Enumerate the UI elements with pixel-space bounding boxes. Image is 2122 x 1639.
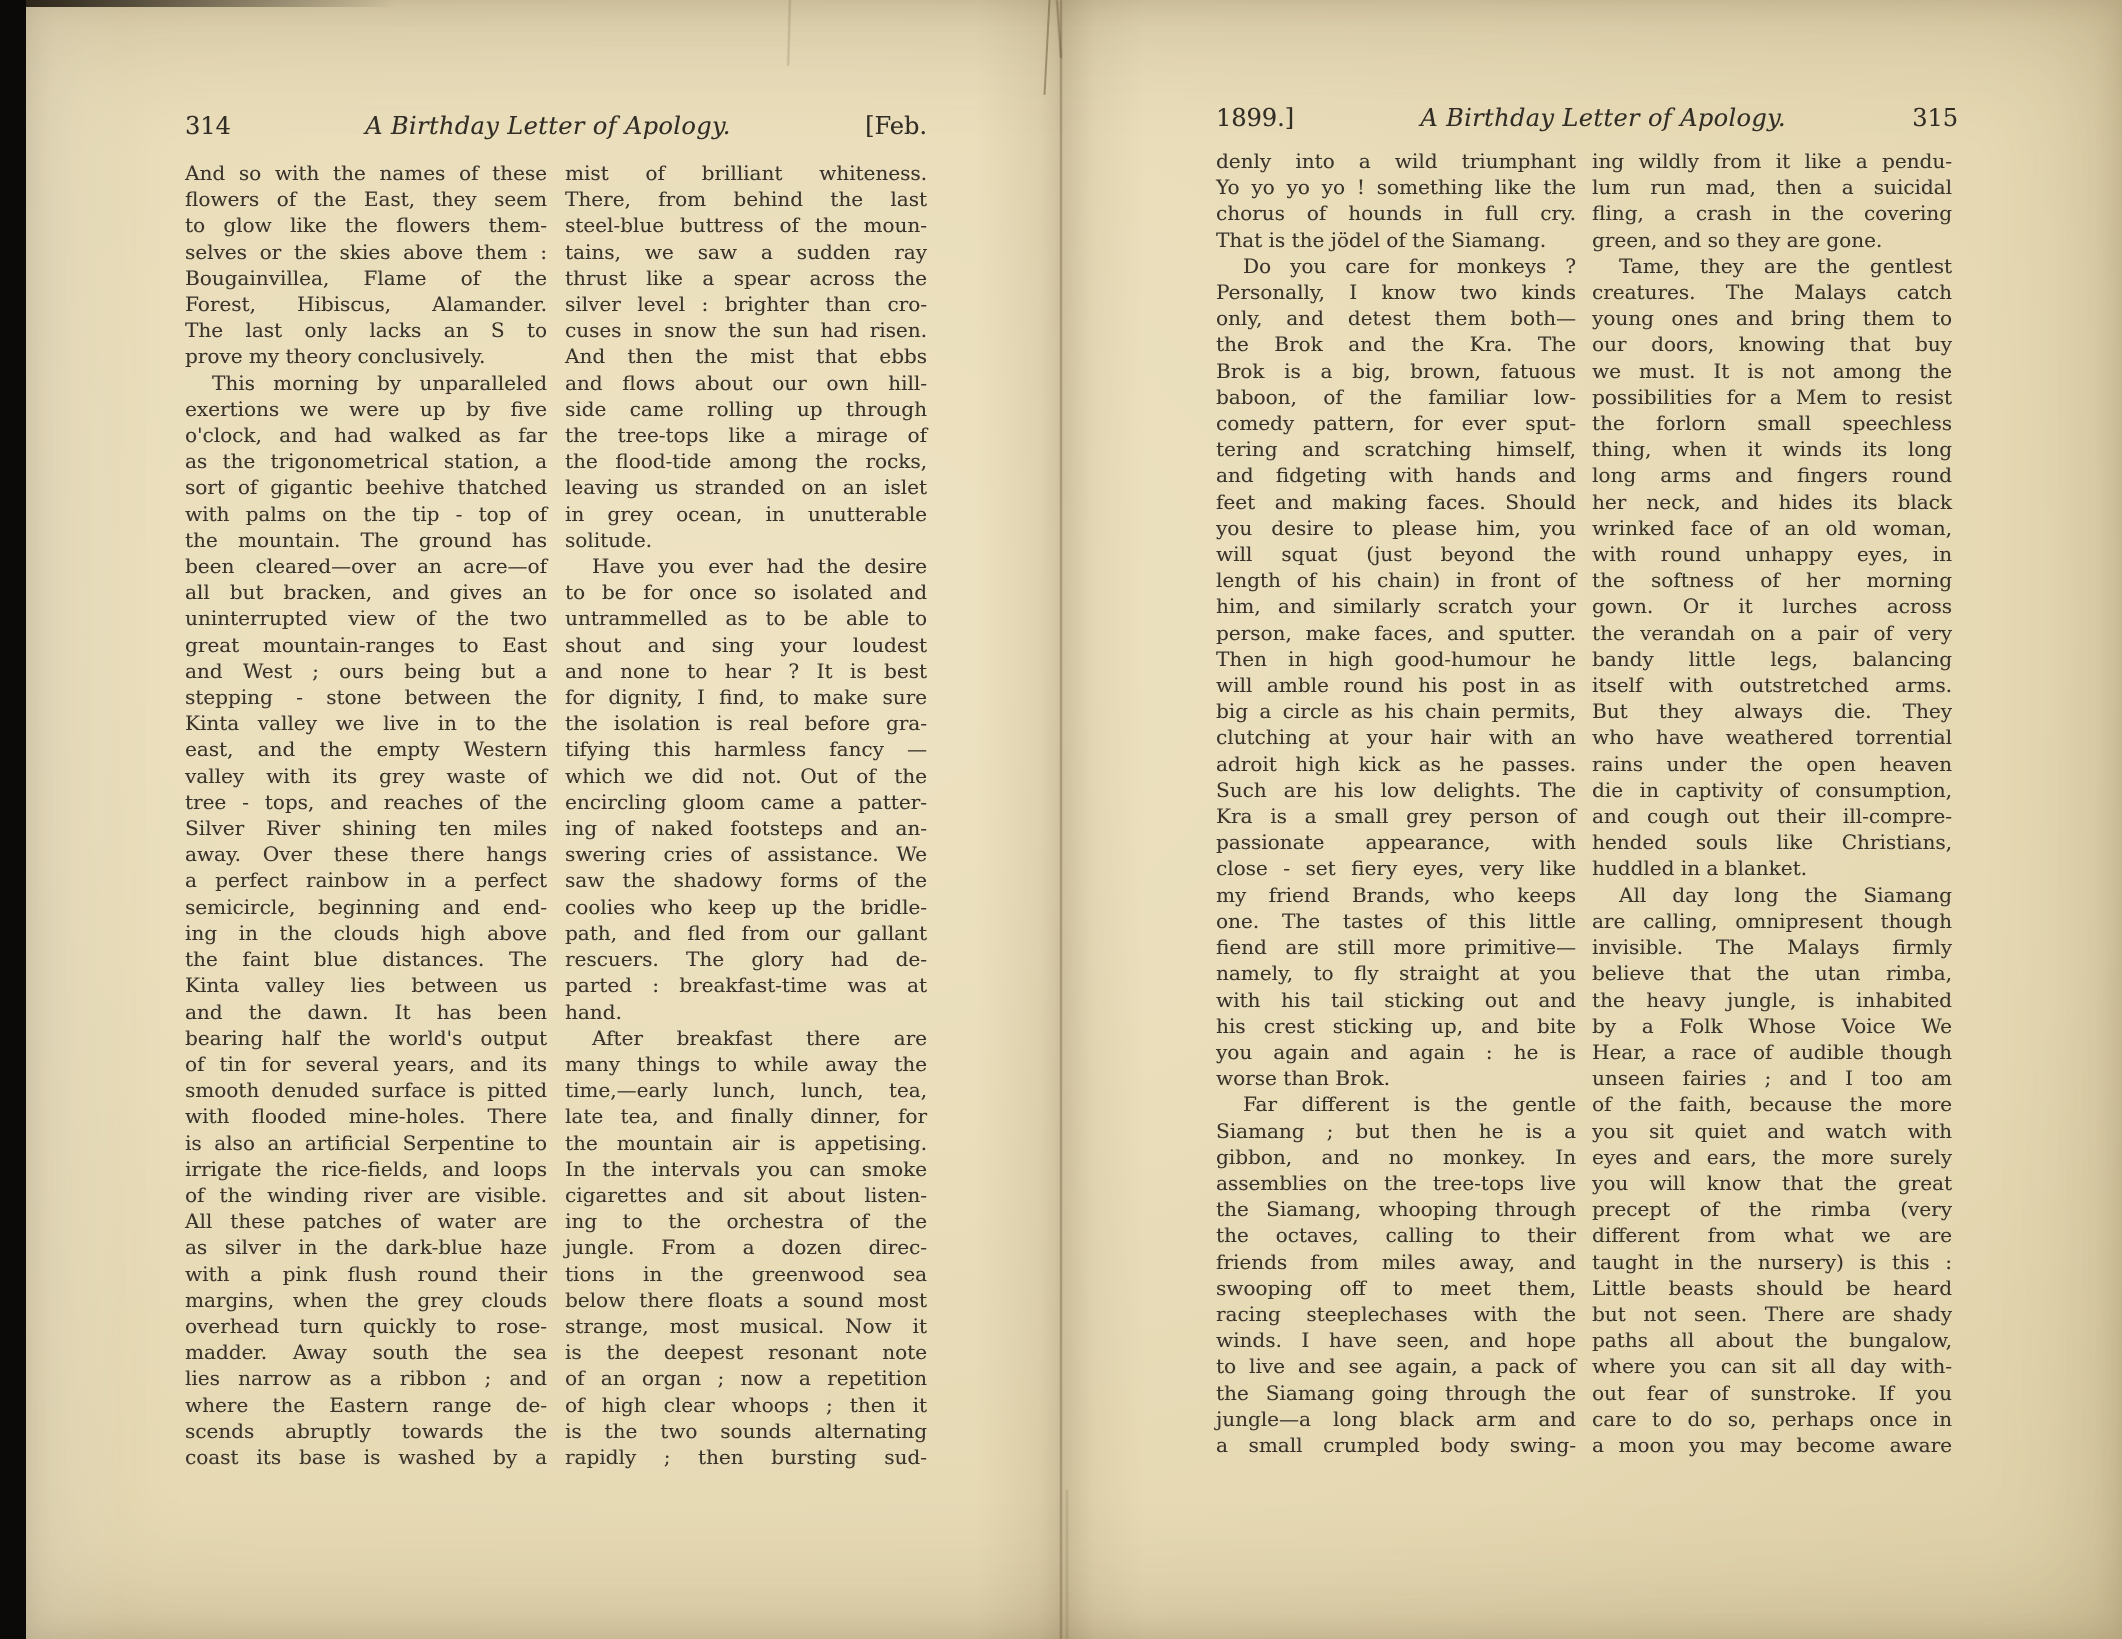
text-line: is the deepest resonant note (565, 1339, 927, 1365)
text-line: Kra is a small grey person of (1216, 803, 1576, 829)
text-line: shout and sing your loudest (565, 632, 927, 658)
text-line: him, and similarly scratch your (1216, 593, 1576, 619)
text-line: leaving us stranded on an islet (565, 474, 927, 500)
text-line: gown. Or it lurches across (1592, 593, 1952, 619)
text-line: overhead turn quickly to rose- (185, 1313, 547, 1339)
text-line: a perfect rainbow in a perfect (185, 867, 547, 893)
text-line: as the trigonometrical station, a (185, 448, 547, 474)
text-line: swering cries of assistance. We (565, 841, 927, 867)
text-line: the mountain air is appetising. (565, 1130, 927, 1156)
text-line: lies narrow as a ribbon ; and (185, 1365, 547, 1391)
text-line: tains, we saw a sudden ray (565, 239, 927, 265)
text-line: paths all about the bungalow, (1592, 1327, 1952, 1353)
book-scan-spread: 314 A Birthday Letter of Apology. [Feb. … (0, 0, 2122, 1639)
text-line: All day long the Siamang (1592, 882, 1952, 908)
text-line: close - set fiery eyes, very like (1216, 855, 1576, 881)
text-line: the faint blue distances. The (185, 946, 547, 972)
text-line: believe that the utan rimba, (1592, 960, 1952, 986)
text-line: After breakfast there are (565, 1025, 927, 1051)
text-line: of the winding river are visible. (185, 1182, 547, 1208)
text-line: thrust like a spear across the (565, 265, 927, 291)
text-line: the heavy jungle, is inhabited (1592, 987, 1952, 1013)
text-line: That is the jödel of the Siamang. (1216, 227, 1576, 253)
text-line: Such are his low delights. The (1216, 777, 1576, 803)
text-line: to glow like the flowers them- (185, 212, 547, 238)
text-line: scends abruptly towards the (185, 1418, 547, 1444)
text-line: And so with the names of these (185, 160, 547, 186)
text-line: passionate appearance, with (1216, 829, 1576, 855)
text-line: assemblies on the tree-tops live (1216, 1170, 1576, 1196)
text-line: bearing half the world's output (185, 1025, 547, 1051)
text-line: Forest, Hibiscus, Alamander. (185, 291, 547, 317)
text-line: a moon you may become aware (1592, 1432, 1952, 1458)
text-line: Then in high good-humour he (1216, 646, 1576, 672)
text-line: Kinta valley we live in to the (185, 710, 547, 736)
text-line: strange, most musical. Now it (565, 1313, 927, 1339)
text-line: with flooded mine-holes. There (185, 1103, 547, 1129)
text-line: which we did not. Out of the (565, 763, 927, 789)
text-line: person, make faces, and sputter. (1216, 620, 1576, 646)
text-line: ing to the orchestra of the (565, 1208, 927, 1234)
text-line: denly into a wild triumphant (1216, 148, 1576, 174)
text-line: different from what we are (1592, 1222, 1952, 1248)
text-line: with a pink flush round their (185, 1261, 547, 1287)
text-line: cuses in snow the sun had risen. (565, 317, 927, 343)
page-left: 314 A Birthday Letter of Apology. [Feb. … (26, 0, 1060, 1639)
text-line: margins, when the grey clouds (185, 1287, 547, 1313)
text-line: who have weathered torrential (1592, 724, 1952, 750)
text-line: of tin for several years, and its (185, 1051, 547, 1077)
text-line: creatures. The Malays catch (1592, 279, 1952, 305)
text-line: baboon, of the familiar low- (1216, 384, 1576, 410)
text-line: fiend are still more primitive— (1216, 934, 1576, 960)
text-column: mist of brilliant whiteness.There, from … (565, 160, 927, 1470)
text-line: Kinta valley lies between us (185, 972, 547, 998)
text-line: is the two sounds alternating (565, 1418, 927, 1444)
text-line: many things to while away the (565, 1051, 927, 1077)
text-line: the verandah on a pair of very (1592, 620, 1952, 646)
text-line: Hear, a race of audible though (1592, 1039, 1952, 1065)
text-line: the forlorn small speechless (1592, 410, 1952, 436)
text-line: The last only lacks an S to (185, 317, 547, 343)
text-line: length of his chain) in front of (1216, 567, 1576, 593)
text-line: the octaves, calling to their (1216, 1222, 1576, 1248)
text-line: smooth denuded surface is pitted (185, 1077, 547, 1103)
text-line: you desire to please him, you (1216, 515, 1576, 541)
text-line: o'clock, and had walked as far (185, 422, 547, 448)
text-line: the flood-tide among the rocks, (565, 448, 927, 474)
text-line: unseen fairies ; and I too am (1592, 1065, 1952, 1091)
text-line: for dignity, I find, to make sure (565, 684, 927, 710)
text-line: tions in the greenwood sea (565, 1261, 927, 1287)
text-line: All these patches of water are (185, 1208, 547, 1234)
page-body: And so with the names of theseflowers of… (185, 160, 927, 1470)
text-line: we must. It is not among the (1592, 358, 1952, 384)
text-line: saw the shadowy forms of the (565, 867, 927, 893)
text-line: our doors, knowing that buy (1592, 331, 1952, 357)
text-line: one. The tastes of this little (1216, 908, 1576, 934)
text-line: out fear of sunstroke. If you (1592, 1380, 1952, 1406)
text-line: feet and making faces. Should (1216, 489, 1576, 515)
text-line: hended souls like Christians, (1592, 829, 1952, 855)
text-line: of high clear whoops ; then it (565, 1392, 927, 1418)
text-line: Do you care for monkeys ? (1216, 253, 1576, 279)
text-line: the softness of her morning (1592, 567, 1952, 593)
text-line: and flows about our own hill- (565, 370, 927, 396)
text-line: are calling, omnipresent though (1592, 908, 1952, 934)
text-line: chorus of hounds in full cry. (1216, 200, 1576, 226)
text-line: and West ; ours being but a (185, 658, 547, 684)
text-line: a small crumpled body swing- (1216, 1432, 1576, 1458)
text-line: in grey ocean, in unutterable (565, 501, 927, 527)
text-line: but not seen. There are shady (1592, 1301, 1952, 1327)
text-line: huddled in a blanket. (1592, 855, 1952, 881)
text-line: late tea, and finally dinner, for (565, 1103, 927, 1129)
text-line: away. Over these there hangs (185, 841, 547, 867)
text-line: great mountain-ranges to East (185, 632, 547, 658)
text-line: path, and fled from our gallant (565, 920, 927, 946)
text-line: itself with outstretched arms. (1592, 672, 1952, 698)
text-line: Have you ever had the desire (565, 553, 927, 579)
text-line: tifying this harmless fancy — (565, 736, 927, 762)
text-line: And then the mist that ebbs (565, 343, 927, 369)
text-line: taught in the nursery) is this : (1592, 1249, 1952, 1275)
text-line: worse than Brok. (1216, 1065, 1576, 1091)
page-number: 315 (1912, 104, 1958, 132)
text-line: winds. I have seen, and hope (1216, 1327, 1576, 1353)
issue-year: 1899.] (1216, 104, 1294, 132)
text-line: irrigate the rice-fields, and loops (185, 1156, 547, 1182)
text-line: swooping off to meet them, (1216, 1275, 1576, 1301)
text-line: big a circle as his chain permits, (1216, 698, 1576, 724)
text-line: Personally, I know two kinds (1216, 279, 1576, 305)
text-line: uninterrupted view of the two (185, 605, 547, 631)
text-line: the isolation is real before gra- (565, 710, 927, 736)
text-line: Far different is the gentle (1216, 1091, 1576, 1117)
text-line: gibbon, and no monkey. In (1216, 1144, 1576, 1170)
text-line: the mountain. The ground has (185, 527, 547, 553)
page-body: denly into a wild triumphantYo yo yo yo … (1216, 148, 1952, 1458)
text-line: jungle—a long black arm and (1216, 1406, 1576, 1432)
text-line: Bougainvillea, Flame of the (185, 265, 547, 291)
text-line: comedy pattern, for ever sput- (1216, 410, 1576, 436)
text-column: ing wildly from it like a pendu-lum run … (1592, 148, 1952, 1458)
text-line: untrammelled as to be able to (565, 605, 927, 631)
text-line: Yo yo yo yo ! something like the (1216, 174, 1576, 200)
text-line: stepping - stone between the (185, 684, 547, 710)
text-line: die in captivity of consumption, (1592, 777, 1952, 803)
text-line: and the dawn. It has been (185, 999, 547, 1025)
text-line: and none to hear ? It is best (565, 658, 927, 684)
text-column: denly into a wild triumphantYo yo yo yo … (1216, 148, 1576, 1458)
text-line: precept of the rimba (very (1592, 1196, 1952, 1222)
text-line: But they always die. They (1592, 698, 1952, 724)
text-line: as silver in the dark-blue haze (185, 1234, 547, 1260)
text-line: invisible. The Malays firmly (1592, 934, 1952, 960)
text-line: with palms on the tip - top of (185, 501, 547, 527)
text-line: racing steeplechases with the (1216, 1301, 1576, 1327)
running-title: A Birthday Letter of Apology. (1420, 104, 1786, 132)
text-line: below there floats a sound most (565, 1287, 927, 1313)
text-line: of an organ ; now a repetition (565, 1365, 927, 1391)
text-line: her neck, and hides its black (1592, 489, 1952, 515)
text-line: young ones and bring them to (1592, 305, 1952, 331)
text-line: will amble round his post in as (1216, 672, 1576, 698)
text-line: mist of brilliant whiteness. (565, 160, 927, 186)
text-line: clutching at your hair with an (1216, 724, 1576, 750)
text-line: Brok is a big, brown, fatuous (1216, 358, 1576, 384)
text-line: my friend Brands, who keeps (1216, 882, 1576, 908)
text-line: exertions we were up by five (185, 396, 547, 422)
text-line: solitude. (565, 527, 927, 553)
text-line: jungle. From a dozen direc- (565, 1234, 927, 1260)
text-line: to be for once so isolated and (565, 579, 927, 605)
running-title: A Birthday Letter of Apology. (365, 112, 731, 140)
text-line: cigarettes and sit about listen- (565, 1182, 927, 1208)
text-line: encircling gloom came a patter- (565, 789, 927, 815)
text-line: Silver River shining ten miles (185, 815, 547, 841)
text-line: In the intervals you can smoke (565, 1156, 927, 1182)
text-line: side came rolling up through (565, 396, 927, 422)
page-header: 1899.] A Birthday Letter of Apology. 315 (1216, 104, 1958, 132)
text-line: his crest sticking up, and bite (1216, 1013, 1576, 1039)
text-line: valley with its grey waste of (185, 763, 547, 789)
text-line: hand. (565, 999, 927, 1025)
text-line: bandy little legs, balancing (1592, 646, 1952, 672)
text-line: possibilities for a Mem to resist (1592, 384, 1952, 410)
text-line: only, and detest them both— (1216, 305, 1576, 331)
text-line: you will know that the great (1592, 1170, 1952, 1196)
text-line: eyes and ears, the more surely (1592, 1144, 1952, 1170)
text-line: east, and the empty Western (185, 736, 547, 762)
text-line: of the faith, because the more (1592, 1091, 1952, 1117)
text-line: all but bracken, and gives an (185, 579, 547, 605)
text-line: coolies who keep up the bridle- (565, 894, 927, 920)
text-line: is also an artificial Serpentine to (185, 1130, 547, 1156)
text-line: prove my theory conclusively. (185, 343, 547, 369)
text-line: time,—early lunch, lunch, tea, (565, 1077, 927, 1103)
text-line: long arms and fingers round (1592, 462, 1952, 488)
text-line: will squat (just beyond the (1216, 541, 1576, 567)
text-line: namely, to fly straight at you (1216, 960, 1576, 986)
text-line: you again and again : he is (1216, 1039, 1576, 1065)
text-line: madder. Away south the sea (185, 1339, 547, 1365)
text-line: you sit quiet and watch with (1592, 1118, 1952, 1144)
text-line: with his tail sticking out and (1216, 987, 1576, 1013)
text-line: selves or the skies above them : (185, 239, 547, 265)
page-number: 314 (185, 112, 231, 140)
issue-date: [Feb. (865, 112, 927, 140)
text-line: coast its base is washed by a (185, 1444, 547, 1470)
text-line: been cleared—over an acre—of (185, 553, 547, 579)
text-line: silver level : brighter than cro- (565, 291, 927, 317)
text-line: with round unhappy eyes, in (1592, 541, 1952, 567)
text-line: by a Folk Whose Voice We (1592, 1013, 1952, 1039)
text-line: the tree-tops like a mirage of (565, 422, 927, 448)
text-line: rains under the open heaven (1592, 751, 1952, 777)
text-line: the Siamang, whooping through (1216, 1196, 1576, 1222)
text-line: and cough out their ill-compre- (1592, 803, 1952, 829)
text-line: adroit high kick as he passes. (1216, 751, 1576, 777)
text-line: the Brok and the Kra. The (1216, 331, 1576, 357)
text-line: ing wildly from it like a pendu- (1592, 148, 1952, 174)
text-line: tree - tops, and reaches of the (185, 789, 547, 815)
text-line: Siamang ; but then he is a (1216, 1118, 1576, 1144)
text-line: care to do so, perhaps once in (1592, 1406, 1952, 1432)
text-line: and fidgeting with hands and (1216, 462, 1576, 488)
text-line: thing, when it winds its long (1592, 436, 1952, 462)
text-line: Little beasts should be heard (1592, 1275, 1952, 1301)
text-column: And so with the names of theseflowers of… (185, 160, 547, 1470)
text-line: sort of gigantic beehive thatched (185, 474, 547, 500)
text-line: wrinked face of an old woman, (1592, 515, 1952, 541)
text-line: flowers of the East, they seem (185, 186, 547, 212)
text-line: semicircle, beginning and end- (185, 894, 547, 920)
text-line: friends from miles away, and (1216, 1249, 1576, 1275)
text-line: where you can sit all day with- (1592, 1353, 1952, 1379)
page-header: 314 A Birthday Letter of Apology. [Feb. (185, 112, 927, 140)
text-line: ing in the clouds high above (185, 920, 547, 946)
text-line: There, from behind the last (565, 186, 927, 212)
text-line: rapidly ; then bursting sud- (565, 1444, 927, 1470)
text-line: where the Eastern range de- (185, 1392, 547, 1418)
text-line: steel-blue buttress of the moun- (565, 212, 927, 238)
text-line: parted : breakfast-time was at (565, 972, 927, 998)
text-line: rescuers. The glory had de- (565, 946, 927, 972)
text-line: lum run mad, then a suicidal (1592, 174, 1952, 200)
text-line: fling, a crash in the covering (1592, 200, 1952, 226)
text-line: to live and see again, a pack of (1216, 1353, 1576, 1379)
text-line: the Siamang going through the (1216, 1380, 1576, 1406)
page-right: 1899.] A Birthday Letter of Apology. 315… (1060, 0, 2122, 1639)
text-line: ing of naked footsteps and an- (565, 815, 927, 841)
text-line: green, and so they are gone. (1592, 227, 1952, 253)
text-line: This morning by unparalleled (185, 370, 547, 396)
text-line: tering and scratching himself, (1216, 436, 1576, 462)
text-line: Tame, they are the gentlest (1592, 253, 1952, 279)
